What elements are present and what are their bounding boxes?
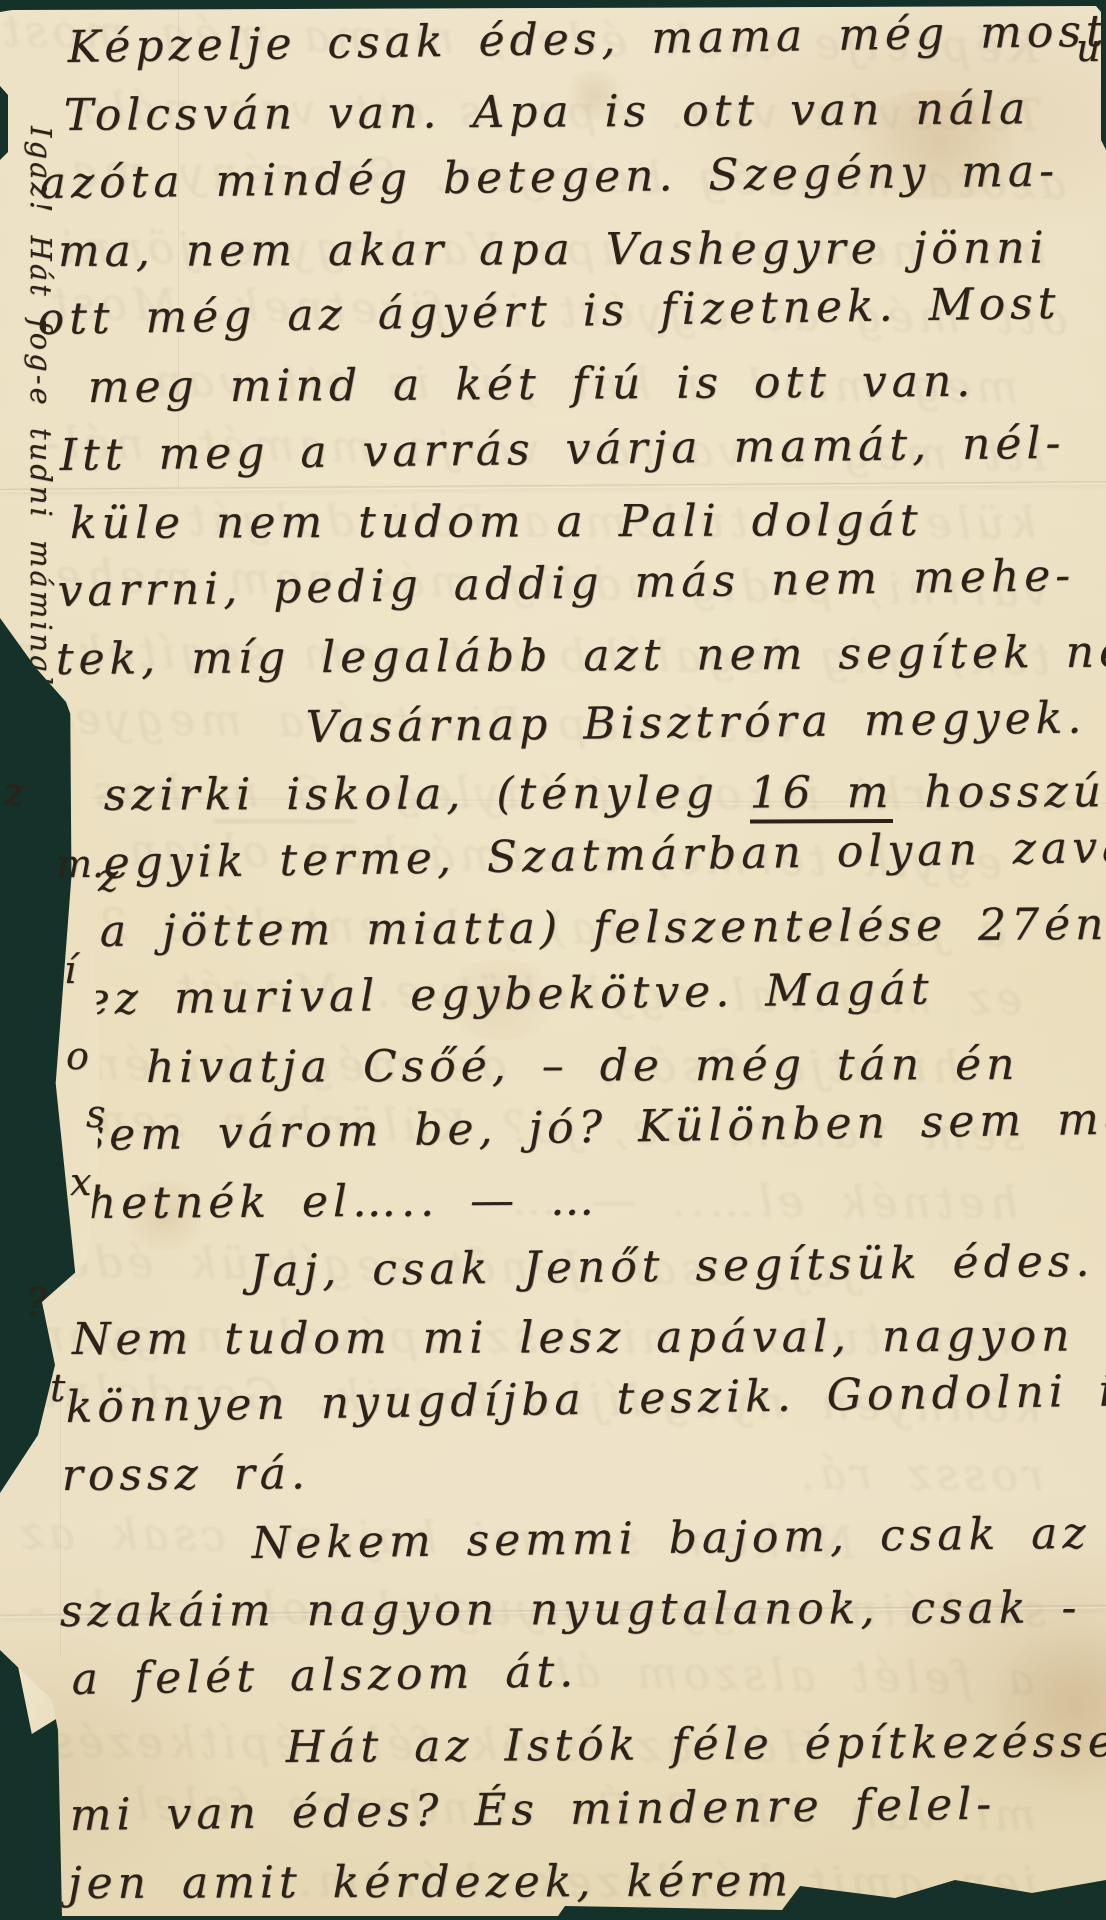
torn-edge-letter-fragment: í [64,948,76,992]
torn-edge-letter-fragment: u [1076,26,1100,70]
torn-edge-letter-fragment: x. [70,1160,104,1204]
torn-edge-letter-fragment: o [66,1034,89,1078]
torn-edge-letter-fragment: m. [56,842,104,886]
torn-edge-letter-fragment: ? [26,1280,46,1324]
torn-edge-letter-fragment: z [4,770,24,814]
torn-edge-letter-fragment: s [86,1092,106,1136]
torn-edge-letter-fragment: z [98,856,118,900]
letter-photo: Képzelje csak édes, mama még most isTolc… [0,0,1106,1920]
torn-edge-letter-fragment: t [50,1366,65,1410]
edge-fragments: uzm.zíosx.?t [0,0,1106,1920]
